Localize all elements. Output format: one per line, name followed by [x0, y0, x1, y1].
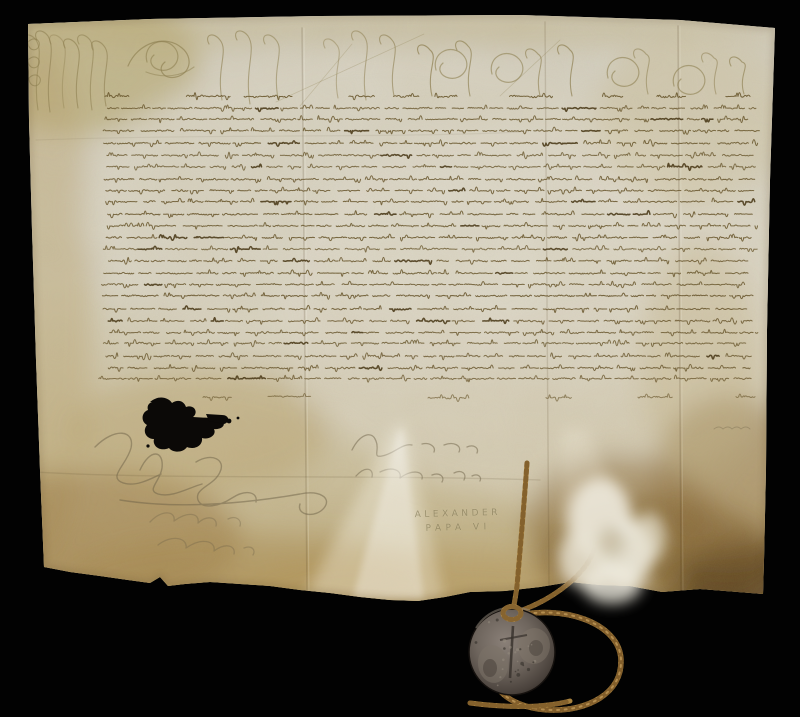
parchment-photo-svg	[0, 0, 800, 717]
photograph: ALEXANDER PAPA VI	[0, 0, 800, 717]
